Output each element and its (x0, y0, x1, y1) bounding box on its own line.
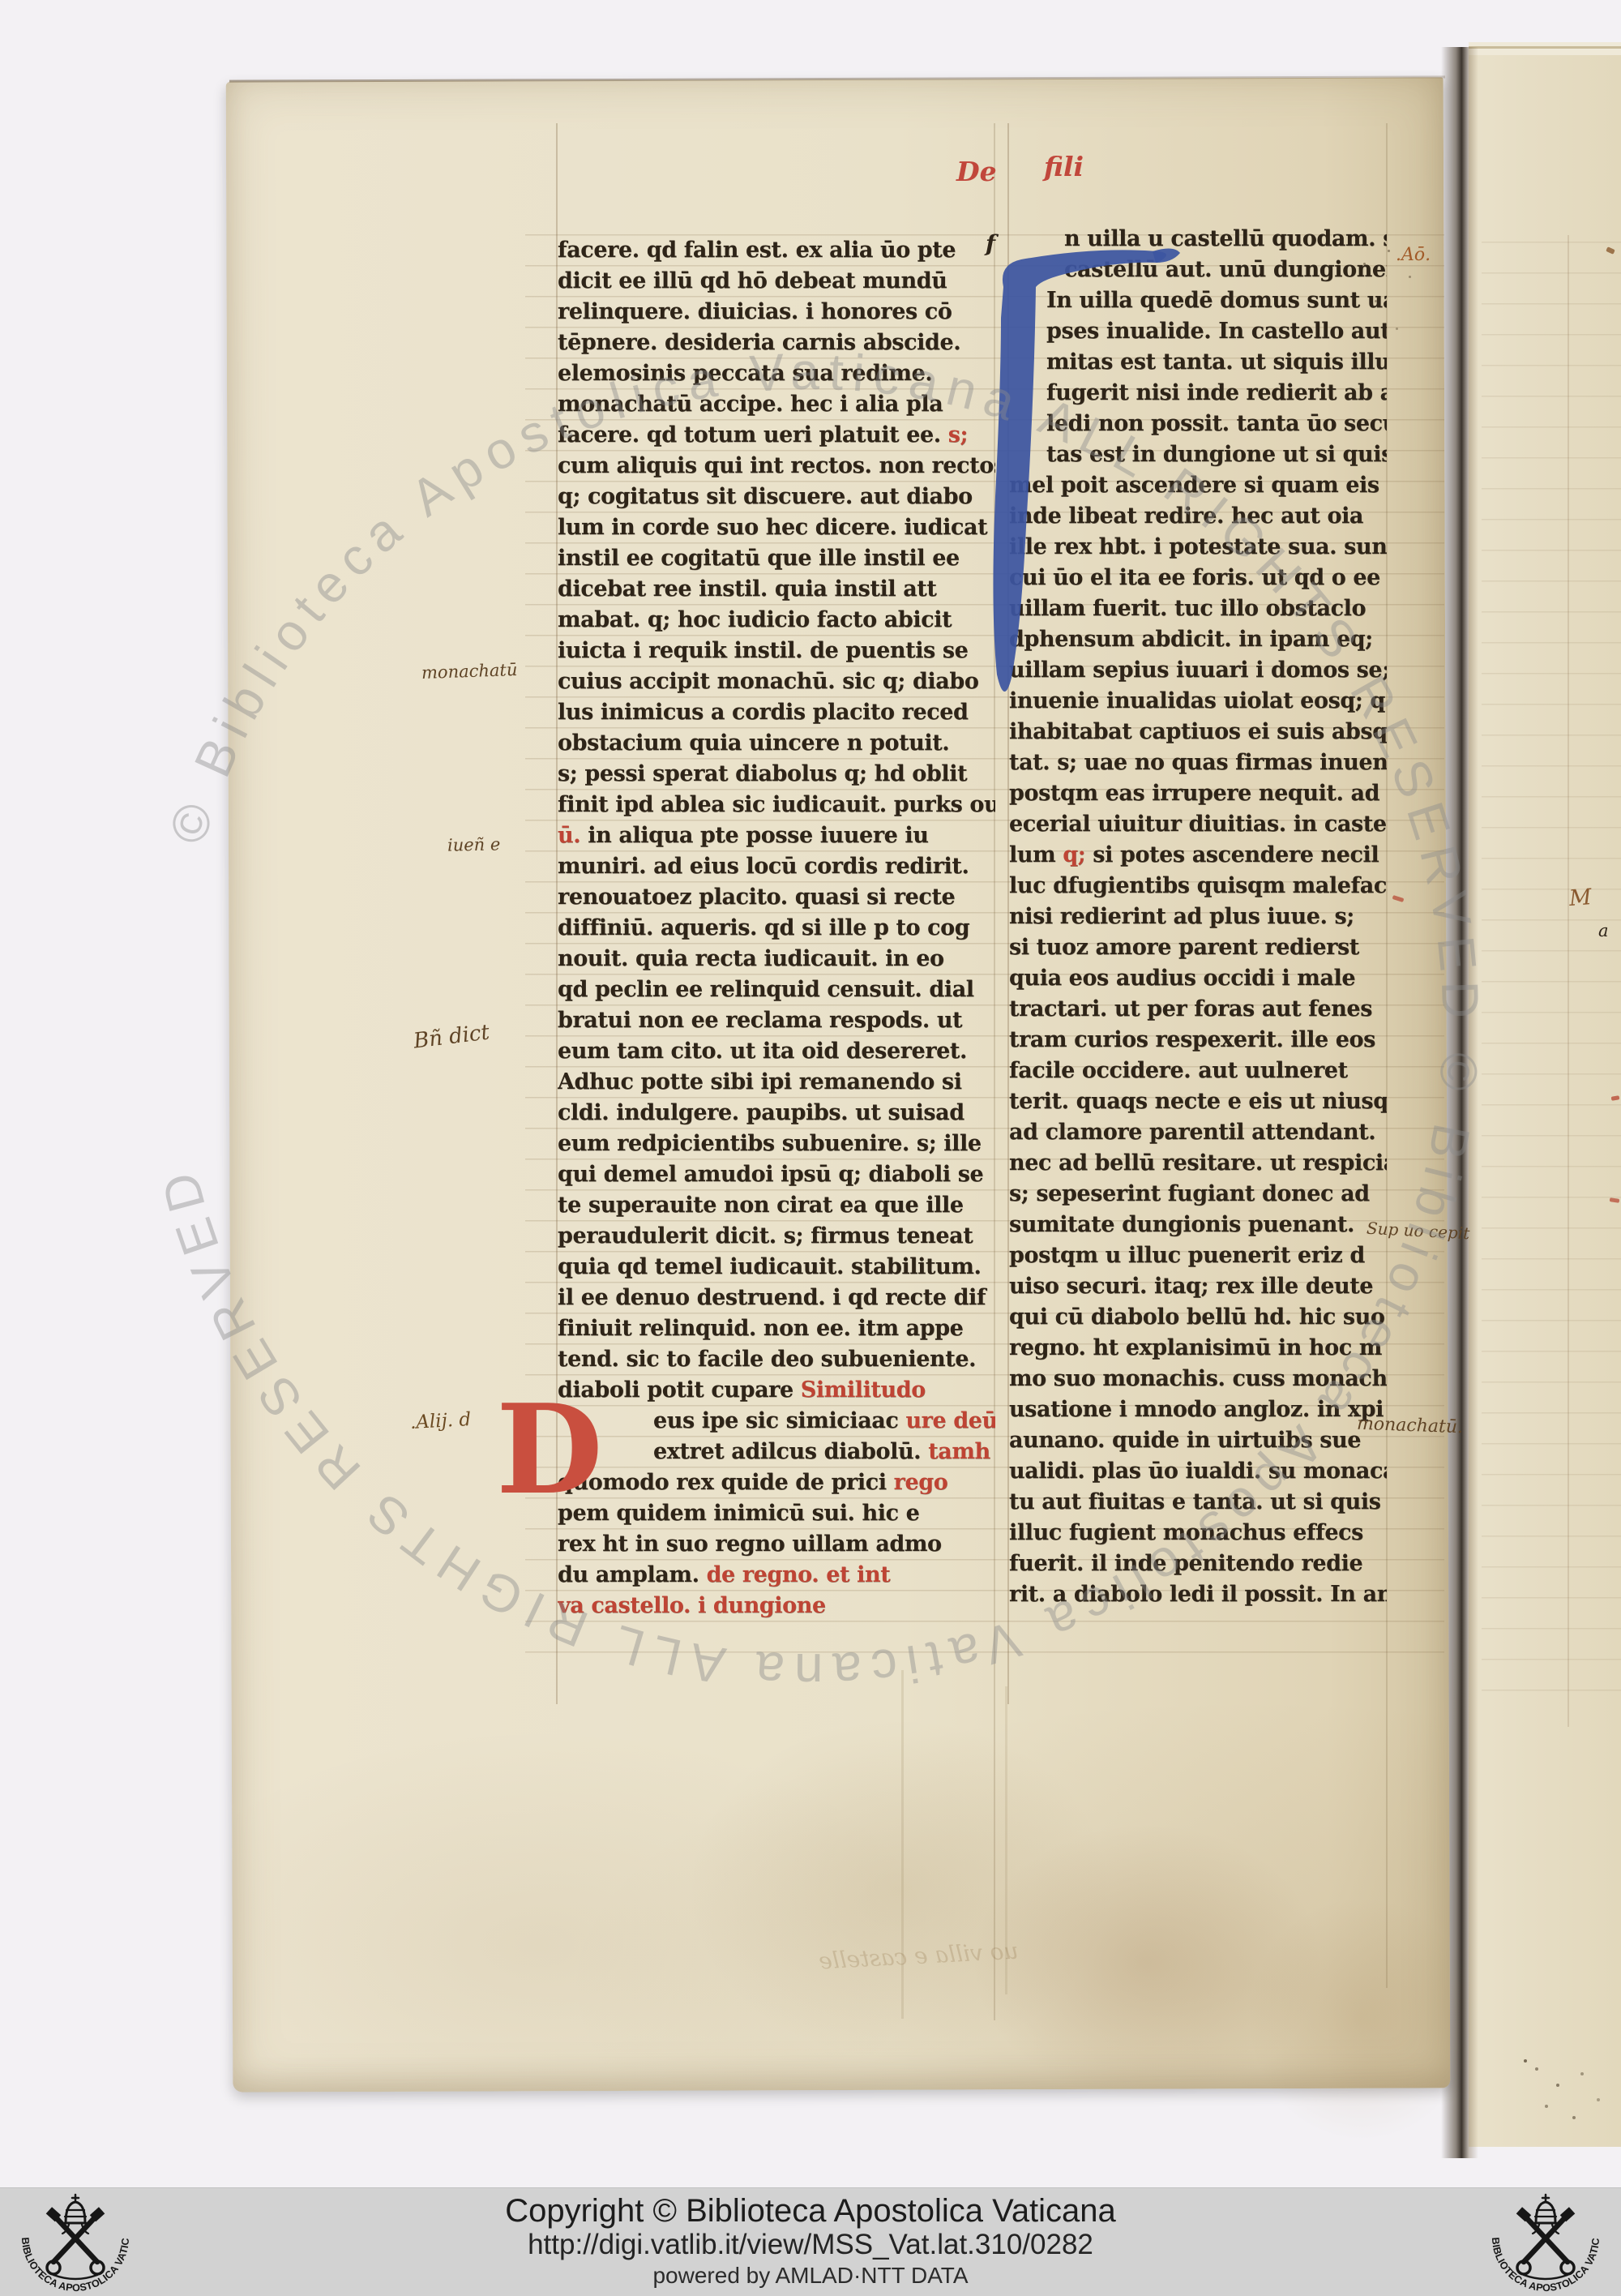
manuscript-line: ualidi. plas ūo iualdi. su monaca (1009, 1456, 1387, 1487)
opposite-margin-note-m: M (1568, 885, 1593, 911)
ink-text: aunano. quide in uirtuibs sue (1009, 1428, 1361, 1453)
manuscript-line: il ee denuo destruend. i qd recte dif (558, 1283, 995, 1313)
margin-note-ao: .Aō. (1396, 245, 1431, 265)
ink-text: postqm eas irrupere nequit. ad e (1009, 781, 1387, 806)
running-header-left: De (956, 156, 997, 187)
illuminated-initial-I (990, 227, 1193, 746)
ink-text: bratui non ee reclama respods. ut (558, 1008, 962, 1033)
manuscript-line: aunano. quide in uirtuibs sue (1009, 1425, 1387, 1456)
ink-text: terit. quaqs necte e eis ut niusqu (1009, 1089, 1387, 1114)
ink-text: tu aut fiuitas e tanta. ut si quis (1009, 1489, 1381, 1514)
ink-text: relinquere. diuicias. i honores cō (558, 299, 952, 324)
ink-text: cldi. indulgere. paupibs. ut suisad (558, 1100, 964, 1125)
ink-text: facere. qd totum ueri platuit ee. (558, 422, 948, 448)
ink-text: si potes ascendere necil (1085, 842, 1379, 867)
ink-text: quia qd temel iudicauit. stabilitum. (558, 1254, 981, 1279)
ink-text: in aliqua pte posse iuuere iu (588, 823, 928, 848)
manuscript-line: postqm u illuc puenerit eriz d (1009, 1240, 1387, 1271)
text-column-1: facere. qd falin est. ex alia ūo ptedici… (558, 235, 995, 1626)
ink-text: facere. qd falin est. ex alia ūo pte (558, 238, 956, 263)
manuscript-line: diaboli potit cupare Similitudo (558, 1375, 995, 1406)
ink-text: nisi redierint ad plus iuue. s; (1009, 904, 1354, 929)
manuscript-line: du amplam. de regno. et int (558, 1560, 995, 1591)
ink-text: finit ipd ablea sic iudicauit. purks ou (558, 792, 995, 817)
margin-note-alij-d: .Alij. d (409, 1409, 471, 1433)
manuscript-line: tram curios respexerit. ille eos (1009, 1025, 1387, 1056)
ink-text: tractari. ut per foras aut fenes (1009, 996, 1372, 1022)
ink-text: extret adilcus diabolū. (653, 1439, 928, 1464)
ink-text: tat. s; uae no quas firmas inuenit (1009, 750, 1387, 775)
manuscript-line: elemosinis peccata sua redime. (558, 358, 995, 389)
ink-text: elemosinis peccata sua redime. (558, 361, 932, 386)
manuscript-line: diffiniū. aqueris. qd si ille p to cog (558, 913, 995, 944)
manuscript-line: va castello. i dungione (558, 1591, 995, 1621)
manuscript-line: sumitate dungionis puenant. (1009, 1210, 1387, 1240)
footer-copyright: Copyright © Biblioteca Apostolica Vatica… (0, 2193, 1621, 2230)
manuscript-line: rit. a diabolo ledi il possit. In an (1009, 1579, 1387, 1610)
manuscript-line: facere. qd falin est. ex alia ūo pte (558, 235, 995, 266)
rubric-text: va castello. i dungione (558, 1593, 826, 1618)
ink-text: eus ipe sic simiciaac (653, 1408, 905, 1433)
ink-text: nec ad bellū resitare. ut respiciat. (1009, 1150, 1387, 1176)
ink-text: ecerial uiuitur diuitias. in castel (1009, 812, 1387, 837)
manuscript-line: ecerial uiuitur diuitias. in castel (1009, 809, 1387, 840)
ink-text: tram curios respexerit. ille eos (1009, 1027, 1375, 1052)
footer-bar: Copyright © Biblioteca Apostolica Vatica… (0, 2187, 1621, 2296)
opposite-page-margin-line (1568, 235, 1569, 1727)
ink-text: facile occidere. aut uulneret (1009, 1058, 1348, 1083)
manuscript-line: nec ad bellū resitare. ut respiciat. (1009, 1148, 1387, 1179)
running-header-right: fili (1044, 151, 1084, 182)
manuscript-line: usatione i mnodo angloz. in xpi (1009, 1394, 1387, 1425)
ink-text: uiso securi. itaq; rex ille deute (1009, 1274, 1373, 1299)
manuscript-line: uiso securi. itaq; rex ille deute (1009, 1271, 1387, 1302)
footer-url: http://digi.vatlib.it/view/MSS_Vat.lat.3… (0, 2229, 1621, 2261)
ink-text: qui cū diabolo bellū hd. hic suo (1009, 1304, 1385, 1330)
rubric-text: de regno. et int (707, 1562, 891, 1587)
manuscript-line: eum tam cito. ut ita oid desereret. (558, 1036, 995, 1067)
ink-text: qd peclin ee relinquid censuit. dial (558, 977, 974, 1002)
ink-text: eum tam cito. ut ita oid desereret. (558, 1039, 967, 1064)
manuscript-line: eum redpicientibs subuenire. s; ille (558, 1129, 995, 1159)
manuscript-line: mo suo monachis. cuss monachli (1009, 1364, 1387, 1394)
ink-text: lus inimicus a cordis placito reced (558, 700, 969, 725)
manuscript-line: quia eos audius occidi i male (1009, 963, 1387, 994)
rubric-text: Similitudo (801, 1377, 926, 1403)
ink-text: dicit ee illū qd hō debeat mundū (558, 268, 947, 293)
digitized-manuscript-viewer: De fili facere. qd falin est. ex alia ūo… (0, 0, 1621, 2296)
ink-text: rex ht in suo regno uillam admo (558, 1531, 942, 1557)
manuscript-line: muniri. ad eius locū cordis redirit. (558, 851, 995, 882)
footer-powered-by: powered by AMLAD·NTT DATA (0, 2263, 1621, 2289)
ink-text: ad clamore parentil attendant. (1009, 1120, 1375, 1145)
manuscript-line: q; cogitatus sit discuere. aut diabo (558, 482, 995, 512)
manuscript-line: tēpnere. desideria carnis abscide. (558, 328, 995, 358)
opposite-margin-note-a: a (1598, 921, 1609, 940)
ink-text: du amplam. (558, 1562, 707, 1587)
manuscript-line: iuicta i requik instil. de puentis se (558, 636, 995, 666)
manuscript-line: te superauite non cirat ea que ille (558, 1190, 995, 1221)
ink-text: ualidi. plas ūo iualdi. su monaca (1009, 1459, 1387, 1484)
manuscript-line: terit. quaqs necte e eis ut niusqu (1009, 1086, 1387, 1117)
rubricated-initial-D: D (496, 1388, 603, 1511)
manuscript-line: finit ipd ablea sic iudicauit. purks ou (558, 790, 995, 820)
manuscript-line: quia qd temel iudicauit. stabilitum. (558, 1252, 995, 1283)
vatican-library-emblem-left: BIBLIOTECA APOSTOLICA VATICANA (15, 2191, 136, 2293)
ink-text: postqm u illuc puenerit eriz d (1009, 1243, 1365, 1268)
manuscript-line: cuius accipit monachū. sic q; diabo (558, 666, 995, 697)
ink-text: quia eos audius occidi i male (1009, 966, 1355, 991)
manuscript-line: lum q; si potes ascendere necil (1009, 840, 1387, 871)
ink-text: s; sepeserint fugiant donec ad (1009, 1181, 1370, 1206)
manuscript-line: mabat. q; hoc iudicio facto abicit (558, 605, 995, 636)
ink-text: Adhuc potte sibi ipi remanendo si (558, 1069, 962, 1094)
margin-note-monachatu-right: monachatū. (1357, 1414, 1464, 1438)
manuscript-line: qui demel amudoi ipsū q; diaboli se (558, 1159, 995, 1190)
parchment-stain (1248, 1897, 1475, 2140)
ink-text: instil ee cogitatū que ille instil ee (558, 546, 960, 571)
ink-text: muniri. ad eius locū cordis redirit. (558, 854, 969, 879)
manuscript-line: nisi redierint ad plus iuue. s; (1009, 902, 1387, 932)
manuscript-line: relinquere. diuicias. i honores cō (558, 297, 995, 328)
manuscript-line: facere. qd totum ueri platuit ee. s; (558, 420, 995, 451)
rubric-text: s; (948, 422, 968, 448)
manuscript-line: nouit. quia recta iudicauit. in eo (558, 944, 995, 975)
manuscript-line: luc dfugientibs quisqm maleface (1009, 871, 1387, 902)
ink-text: regno. ht explanisimū in hoc m (1009, 1335, 1382, 1360)
ink-text: s; pessi sperat diabolus q; hd oblit (558, 761, 967, 786)
margin-note-iuene: iueñ e (447, 834, 501, 855)
ink-text: nouit. quia recta iudicauit. in eo (558, 946, 944, 971)
ink-text: eum redpicientibs subuenire. s; ille (558, 1131, 982, 1156)
manuscript-line: facile occidere. aut uulneret (1009, 1056, 1387, 1086)
manuscript-line: bratui non ee reclama respods. ut (558, 1005, 995, 1036)
manuscript-line: renouatoez placito. quasi si recte (558, 882, 995, 913)
ink-text: mabat. q; hoc iudicio facto abicit (558, 607, 952, 632)
ink-text: finiuit relinquid. non ee. itm appe (558, 1316, 963, 1341)
ink-text: mo suo monachis. cuss monachli (1009, 1366, 1387, 1391)
ink-specks (1524, 2059, 1527, 2063)
manuscript-line: fuerit. il inde penitendo redie (1009, 1549, 1387, 1579)
ink-text: renouatoez placito. quasi si recte (558, 885, 955, 910)
manuscript-line: obstacium quia uincere n potuit. (558, 728, 995, 759)
manuscript-line: s; pessi sperat diabolus q; hd oblit (558, 759, 995, 790)
manuscript-line: cum aliquis qui int rectos. non rectos (558, 451, 995, 482)
ink-text: lum in corde suo hec dicere. iudicat (558, 515, 987, 540)
vatican-library-emblem-right: BIBLIOTECA APOSTOLICA VATICANA (1485, 2191, 1606, 2293)
ink-text: qui demel amudoi ipsū q; diaboli se (558, 1162, 983, 1187)
manuscript-line: dicebat ree instil. quia instil att (558, 574, 995, 605)
ink-text: iuicta i requik instil. de puentis se (558, 638, 968, 663)
manuscript-line: tat. s; uae no quas firmas inuenit (1009, 747, 1387, 778)
ink-text: cuius accipit monachū. sic q; diabo (558, 669, 978, 694)
ink-text: cum aliquis qui int rectos. non rectos (558, 453, 995, 478)
ink-text: diffiniū. aqueris. qd si ille p to cog (558, 915, 969, 940)
manuscript-line: rex ht in suo regno uillam admo (558, 1529, 995, 1560)
manuscript-line: instil ee cogitatū que ille instil ee (558, 543, 995, 574)
manuscript-line: illuc fugient monachus effecs (1009, 1518, 1387, 1549)
rubric-text: ure deū (905, 1408, 995, 1433)
manuscript-line: lus inimicus a cordis placito reced (558, 697, 995, 728)
ink-text: dicebat ree instil. quia instil att (558, 576, 936, 602)
ink-text: il ee denuo destruend. i qd recte dif (558, 1285, 986, 1310)
ink-text: monachatū accipe. hec i alia pla (558, 392, 943, 417)
rubric-text: rego (894, 1470, 948, 1495)
manuscript-line: Adhuc potte sibi ipi remanendo si (558, 1067, 995, 1098)
manuscript-line: tractari. ut per foras aut fenes (1009, 994, 1387, 1025)
ink-text: obstacium quia uincere n potuit. (558, 730, 949, 756)
opposite-page-ruling (1482, 242, 1621, 1717)
manuscript-line: regno. ht explanisimū in hoc m (1009, 1333, 1387, 1364)
manuscript-line: finiuit relinquid. non ee. itm appe (558, 1313, 995, 1344)
margin-note-monachatu: monachatū (421, 660, 518, 683)
ink-text: rit. a diabolo ledi il possit. In an (1009, 1582, 1387, 1607)
ink-text: fuerit. il inde penitendo redie (1009, 1551, 1362, 1576)
ink-text: usatione i mnodo angloz. in xpi (1009, 1397, 1384, 1422)
manuscript-line: quomodo rex quide de prici rego (558, 1467, 995, 1498)
rubric-text: ū. (558, 823, 588, 848)
manuscript-line: eus ipe sic simiciaac ure deū (558, 1406, 995, 1437)
ink-text: tēpnere. desideria carnis abscide. (558, 330, 960, 355)
manuscript-line: ū. in aliqua pte posse iuuere iu (558, 820, 995, 851)
manuscript-line: extret adilcus diabolū. tamh (558, 1437, 995, 1467)
manuscript-line: peraudulerit dicit. s; firmus teneat (558, 1221, 995, 1252)
manuscript-line: monachatū accipe. hec i alia pla (558, 389, 995, 420)
manuscript-line: dicit ee illū qd hō debeat mundū (558, 266, 995, 297)
ink-text: sumitate dungionis puenant. (1009, 1212, 1354, 1237)
manuscript-line: qd peclin ee relinquid censuit. dial (558, 975, 995, 1005)
ink-text: pem quidem inimicū sui. hic e (558, 1501, 919, 1526)
manuscript-line: tu aut fiuitas e tanta. ut si quis (1009, 1487, 1387, 1518)
ink-text: illuc fugient monachus effecs (1009, 1520, 1363, 1545)
ink-text: q; cogitatus sit discuere. aut diabo (558, 484, 973, 509)
ink-text: si tuoz amore parent redierst (1009, 935, 1359, 960)
manuscript-line: qui cū diabolo bellū hd. hic suo (1009, 1302, 1387, 1333)
manuscript-line: postqm eas irrupere nequit. ad e (1009, 778, 1387, 809)
rubric-text: tamh (928, 1439, 990, 1464)
rubric-text: q; (1063, 842, 1085, 867)
manuscript-line: ad clamore parentil attendant. (1009, 1117, 1387, 1148)
manuscript-line: lum in corde suo hec dicere. iudicat (558, 512, 995, 543)
manuscript-line: si tuoz amore parent redierst (1009, 932, 1387, 963)
ink-text: tend. sic to facile deo subueniente. (558, 1347, 976, 1372)
ink-text: quomodo rex quide de prici (558, 1470, 894, 1495)
ink-text: peraudulerit dicit. s; firmus teneat (558, 1223, 973, 1249)
manuscript-line: tend. sic to facile deo subueniente. (558, 1344, 995, 1375)
ink-text: luc dfugientibs quisqm maleface (1009, 873, 1387, 898)
manuscript-line: s; sepeserint fugiant donec ad (1009, 1179, 1387, 1210)
manuscript-line: cldi. indulgere. paupibs. ut suisad (558, 1098, 995, 1129)
ink-text: lum (1009, 842, 1063, 867)
ink-text: te superauite non cirat ea que ille (558, 1193, 964, 1218)
manuscript-line: pem quidem inimicū sui. hic e (558, 1498, 995, 1529)
